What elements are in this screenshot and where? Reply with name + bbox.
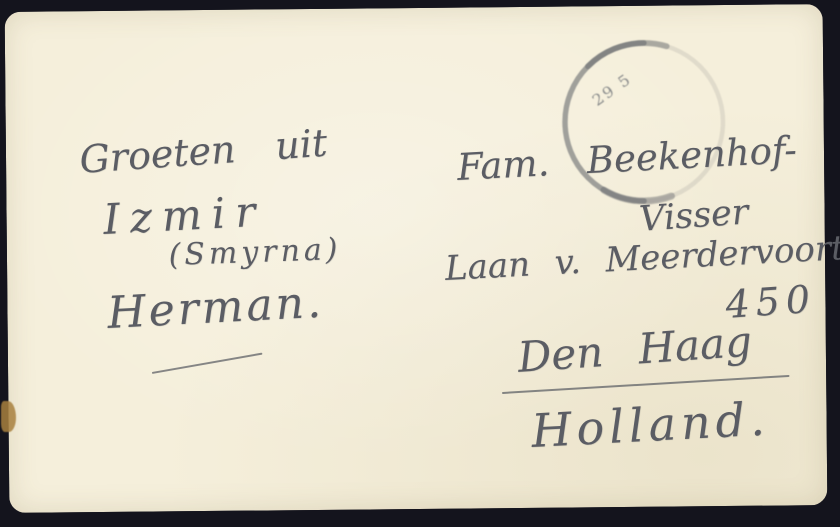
message-region: (Smyrna)	[168, 232, 342, 273]
address-name-line2: Visser	[638, 192, 750, 240]
postmark-stamp	[552, 30, 737, 215]
postcard-scan: 29 5 Groeten uit Izmir (Smyrna) Herman. …	[0, 0, 840, 527]
paper-stain	[1, 401, 16, 432]
